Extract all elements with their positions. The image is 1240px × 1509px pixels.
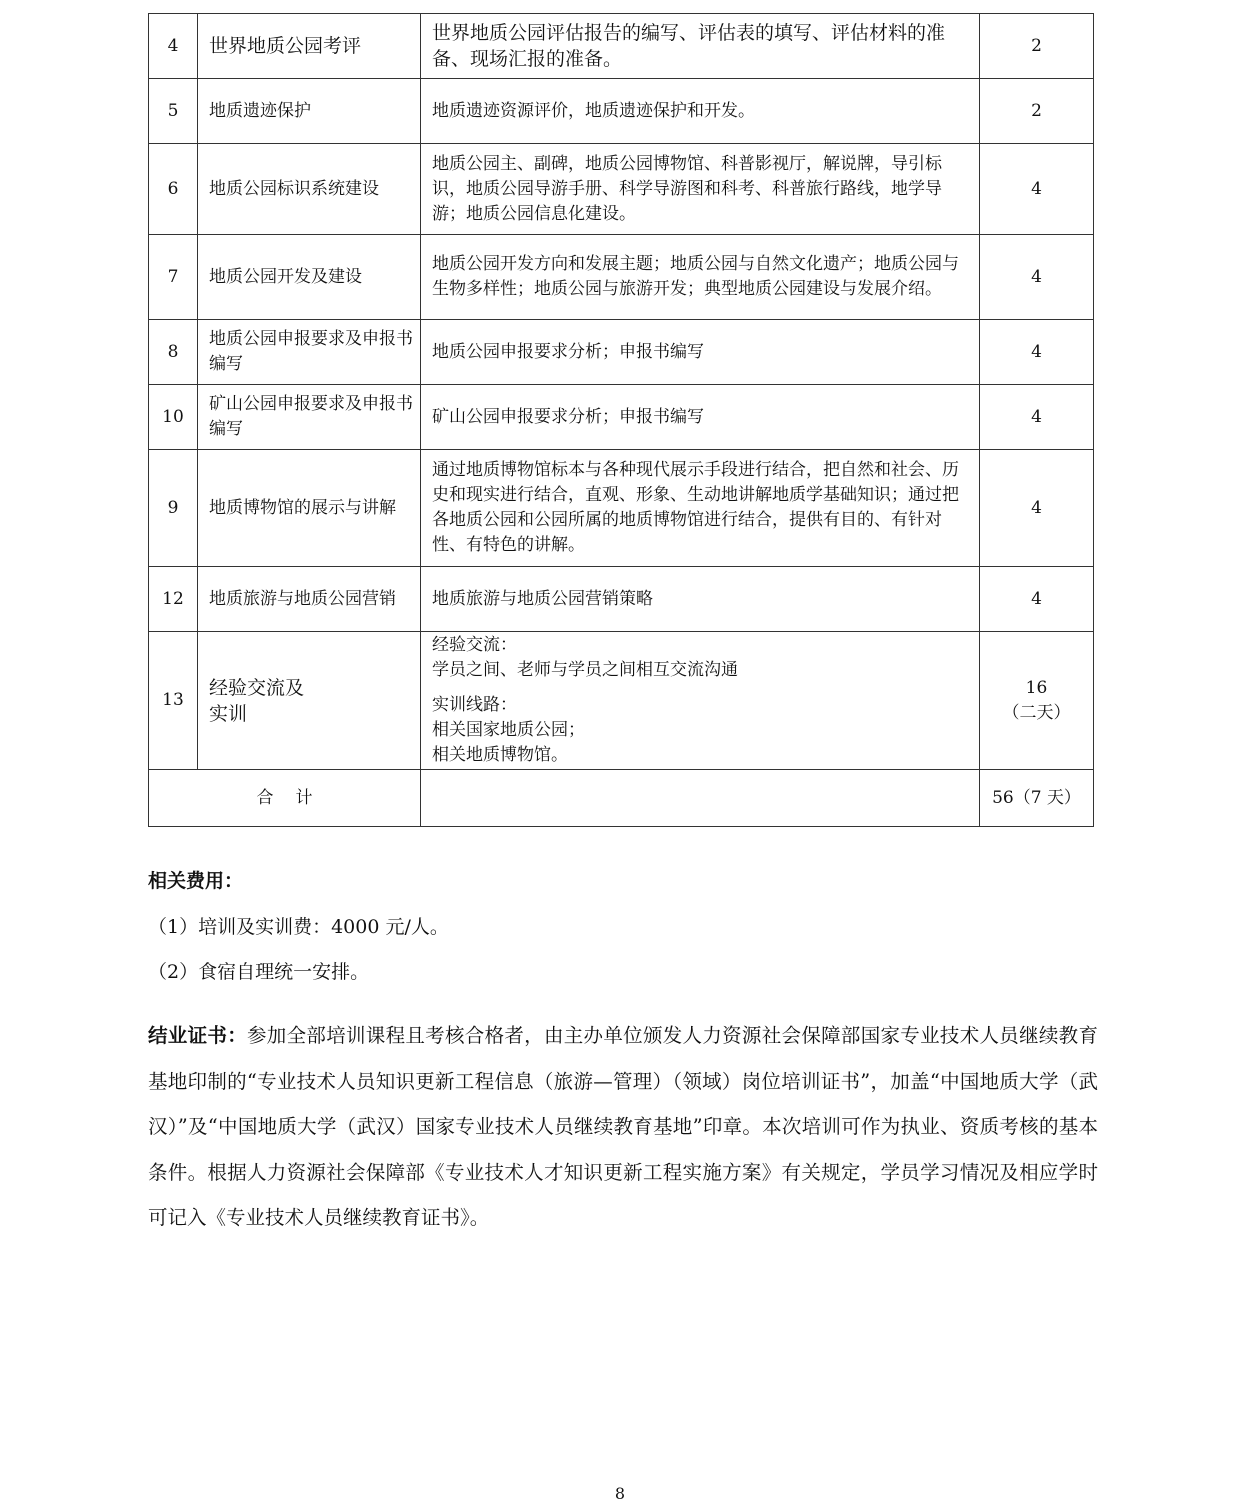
course-name: 经验交流及 实训 — [198, 632, 421, 770]
course-description: 地质公园开发方向和发展主题；地质公园与自然文化遗产；地质公园与生物多样性；地质公… — [421, 235, 980, 320]
row-number: 7 — [149, 235, 198, 320]
table-row: 7 地质公园开发及建设 地质公园开发方向和发展主题；地质公园与自然文化遗产；地质… — [149, 235, 1094, 320]
row-number: 13 — [149, 632, 198, 770]
course-hours: 4 — [980, 450, 1094, 567]
course-hours: 4 — [980, 320, 1094, 385]
course-description: 矿山公园申报要求分析；申报书编写 — [421, 385, 980, 450]
course-description: 地质遗迹资源评价，地质遗迹保护和开发。 — [421, 79, 980, 144]
total-hours: 56（7 天） — [980, 770, 1094, 827]
course-name: 地质博物馆的展示与讲解 — [198, 450, 421, 567]
row-number: 4 — [149, 14, 198, 79]
course-description: 地质公园主、副碑，地质公园博物馆、科普影视厅，解说牌，导引标识，地质公园导游手册… — [421, 144, 980, 235]
route-item: 相关国家地质公园； — [432, 718, 971, 743]
course-name: 地质遗迹保护 — [198, 79, 421, 144]
exchange-text: 学员之间、老师与学员之间相互交流沟通 — [432, 658, 971, 683]
row-number: 9 — [149, 450, 198, 567]
course-description: 地质公园申报要求分析；申报书编写 — [421, 320, 980, 385]
row-number: 10 — [149, 385, 198, 450]
table-row-practice: 13 经验交流及 实训 经验交流： 学员之间、老师与学员之间相互交流沟通 实训线… — [149, 632, 1094, 770]
table-row: 6 地质公园标识系统建设 地质公园主、副碑，地质公园博物馆、科普影视厅，解说牌，… — [149, 144, 1094, 235]
course-name: 矿山公园申报要求及申报书编写 — [198, 385, 421, 450]
course-description: 经验交流： 学员之间、老师与学员之间相互交流沟通 实训线路： 相关国家地质公园；… — [421, 632, 980, 770]
fees-heading: 相关费用： — [148, 866, 1098, 893]
row-number: 5 — [149, 79, 198, 144]
exchange-title: 经验交流： — [432, 633, 971, 658]
page-number: 8 — [0, 1484, 1240, 1503]
course-description: 地质旅游与地质公园营销策略 — [421, 567, 980, 632]
course-schedule-table: 4 世界地质公园考评 世界地质公园评估报告的编写、评估表的填写、评估材料的准备、… — [148, 13, 1094, 827]
row-number: 6 — [149, 144, 198, 235]
table-row: 4 世界地质公园考评 世界地质公园评估报告的编写、评估表的填写、评估材料的准备、… — [149, 14, 1094, 79]
fee-item: （1）培训及实训费：4000 元/人。 — [148, 912, 1098, 939]
course-hours: 4 — [980, 567, 1094, 632]
course-hours: 4 — [980, 385, 1094, 450]
route-item: 相关地质博物馆。 — [432, 743, 971, 768]
certificate-text: 参加全部培训课程且考核合格者，由主办单位颁发人力资源社会保障部国家专业技术人员继… — [148, 1024, 1098, 1229]
table-row-total: 合计 56（7 天） — [149, 770, 1094, 827]
table-row: 8 地质公园申报要求及申报书编写 地质公园申报要求分析；申报书编写 4 — [149, 320, 1094, 385]
course-name-line: 实训 — [209, 701, 414, 727]
fee-item: （2）食宿自理统一安排。 — [148, 957, 1098, 984]
row-number: 12 — [149, 567, 198, 632]
hours-value: 16 — [980, 676, 1093, 701]
table-row: 9 地质博物馆的展示与讲解 通过地质博物馆标本与各种现代展示手段进行结合，把自然… — [149, 450, 1094, 567]
course-hours: 2 — [980, 79, 1094, 144]
course-hours: 2 — [980, 14, 1094, 79]
course-hours: 16 （二天） — [980, 632, 1094, 770]
course-description: 通过地质博物馆标本与各种现代展示手段进行结合，把自然和社会、历史和现实进行结合，… — [421, 450, 980, 567]
course-hours: 4 — [980, 144, 1094, 235]
course-name: 世界地质公园考评 — [198, 14, 421, 79]
course-name: 地质公园开发及建设 — [198, 235, 421, 320]
total-description — [421, 770, 980, 827]
course-description: 世界地质公园评估报告的编写、评估表的填写、评估材料的准备、现场汇报的准备。 — [421, 14, 980, 79]
course-name: 地质旅游与地质公园营销 — [198, 567, 421, 632]
course-hours: 4 — [980, 235, 1094, 320]
hours-days: （二天） — [980, 701, 1093, 726]
row-number: 8 — [149, 320, 198, 385]
certificate-heading: 结业证书： — [148, 1024, 247, 1047]
table-row: 12 地质旅游与地质公园营销 地质旅游与地质公园营销策略 4 — [149, 567, 1094, 632]
table-row: 10 矿山公园申报要求及申报书编写 矿山公园申报要求分析；申报书编写 4 — [149, 385, 1094, 450]
certificate-paragraph: 结业证书：参加全部培训课程且考核合格者，由主办单位颁发人力资源社会保障部国家专业… — [148, 1013, 1098, 1241]
table-row: 5 地质遗迹保护 地质遗迹资源评价，地质遗迹保护和开发。 2 — [149, 79, 1094, 144]
course-name: 地质公园申报要求及申报书编写 — [198, 320, 421, 385]
course-name: 地质公园标识系统建设 — [198, 144, 421, 235]
route-title: 实训线路： — [432, 693, 971, 718]
course-name-line: 经验交流及 — [209, 675, 414, 701]
total-label: 合计 — [149, 770, 421, 827]
